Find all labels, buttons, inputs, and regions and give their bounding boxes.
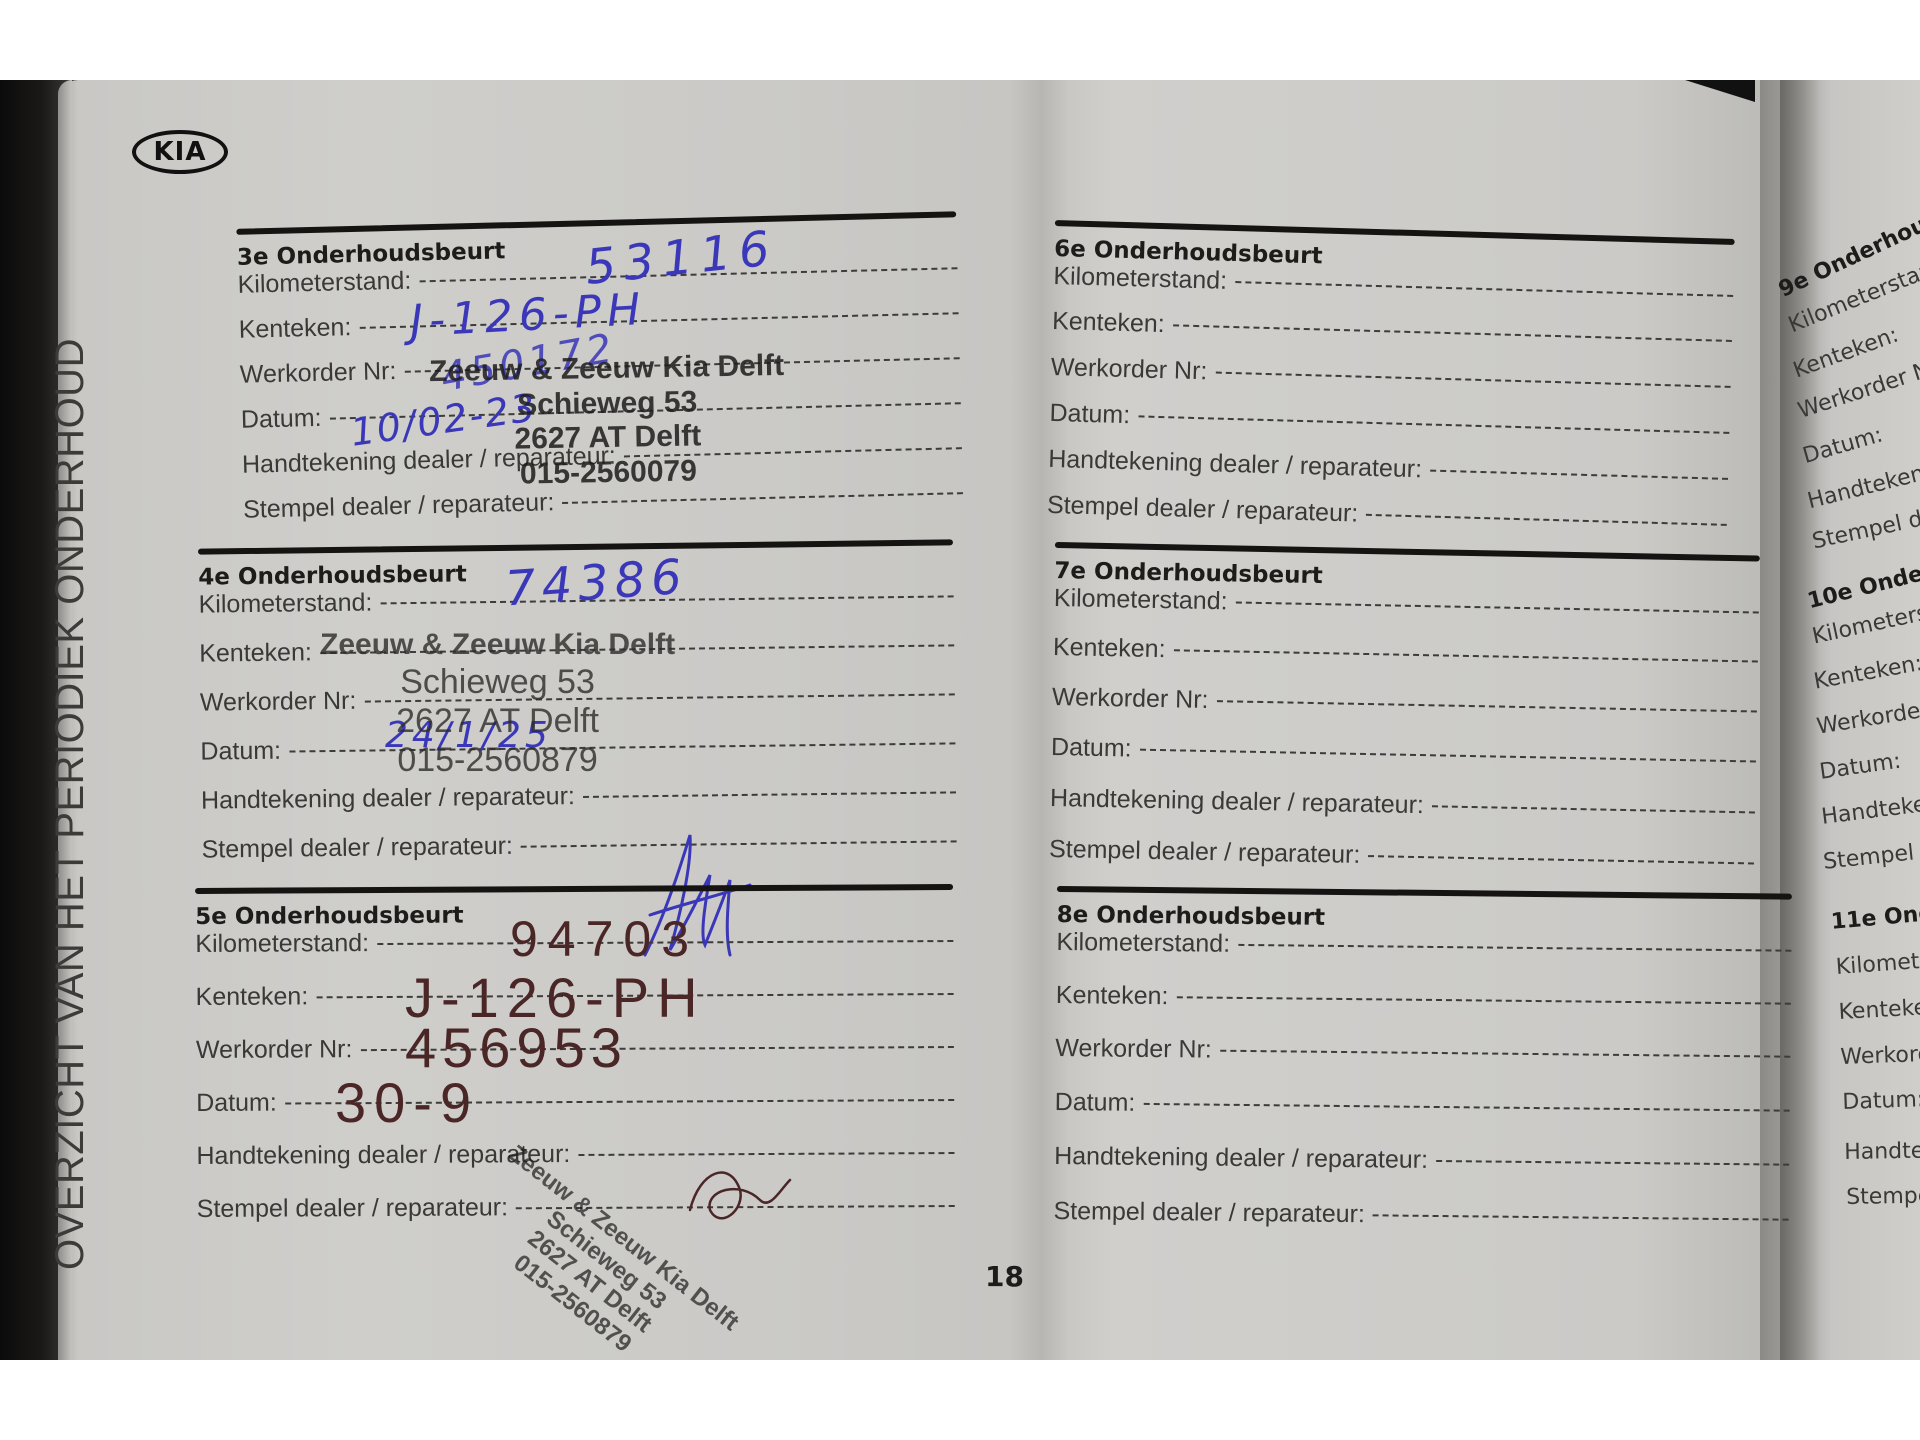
work-order-label: Werkorder Nr:	[196, 1035, 353, 1065]
stamp-line	[1366, 514, 1727, 526]
section-8: 8e Onderhoudsbeurt Kilometerstand: Kente…	[1053, 886, 1792, 1260]
dealer-stamp: Zeeuw & Zeeuw Kia Delft Schieweg 53 2627…	[429, 349, 786, 493]
work-order-field[interactable]: Werkorder Nr:	[1055, 1034, 1791, 1096]
next-page-label: Stempel deale	[1846, 1182, 1920, 1210]
km-field[interactable]: Kilometerstand:	[1056, 928, 1792, 989]
stamp-field[interactable]: Stempel dealer / reparateur:	[1053, 1197, 1789, 1260]
date-line	[1140, 749, 1756, 763]
stamp-label: Stempel dealer / reparateur:	[1049, 835, 1361, 870]
plate-label: Kenteken:	[1053, 633, 1166, 664]
km-line	[1238, 944, 1791, 952]
dealer-stamp: Zeeuw & Zeeuw Kia Delft Schieweg 53 2627…	[320, 628, 675, 780]
next-page-label: Werkorder Nr:	[1840, 1040, 1920, 1070]
stamp-line-name: Zeeuw & Zeeuw Kia Delft	[429, 349, 785, 390]
next-page-label: Kenteken:	[1838, 994, 1920, 1025]
km-line	[1235, 281, 1733, 297]
plate-label: Kenteken:	[199, 638, 312, 668]
plate-label: Kenteken:	[1056, 981, 1169, 1011]
side-title: OVERZICHT VAN HET PERIODIEK ONDERHOUD	[48, 338, 93, 1270]
date-label: Datum:	[1055, 1088, 1136, 1118]
km-label: Kilometerstand:	[1056, 928, 1230, 959]
section-7: 7e Onderhoudsbeurt Kilometerstand: Kente…	[1048, 542, 1759, 899]
stamp-line-name: Zeeuw & Zeeuw Kia Delft	[320, 628, 675, 663]
kia-logo-text: KIA	[154, 137, 207, 167]
signature-field[interactable]: Handtekening dealer / reparateur:	[1054, 1142, 1790, 1205]
stamp-label: Stempel dealer / reparateur:	[201, 832, 513, 865]
km-line	[1236, 601, 1759, 613]
stamp-label: Stempel dealer / reparateur:	[243, 488, 555, 525]
signature-label: Handtekening dealer / reparateur:	[1050, 784, 1424, 820]
stamp-line-city: 2627 AT Delft	[320, 702, 675, 741]
plate-label: Kenteken:	[238, 313, 351, 345]
stamp-line-street: Schieweg 53	[320, 663, 675, 702]
date-label: Datum:	[241, 404, 322, 435]
km-label: Kilometerstand:	[237, 267, 411, 300]
signature-line	[583, 791, 956, 798]
stamp-line-phone: 015-2560079	[431, 452, 787, 493]
page-number: 18	[985, 1260, 1024, 1293]
handwritten-km: 94703	[510, 910, 699, 968]
maintenance-booklet-photo: KIA OVERZICHT VAN HET PERIODIEK ONDERHOU…	[0, 80, 1920, 1360]
work-order-label: Werkorder Nr:	[1050, 353, 1207, 386]
date-line	[1138, 415, 1729, 434]
signature-label: Handtekening dealer / reparateur:	[201, 782, 575, 816]
date-label: Datum:	[1051, 733, 1132, 764]
plate-line	[1173, 324, 1732, 342]
km-label: Kilometerstand:	[195, 929, 369, 959]
date-field[interactable]: Datum:	[196, 1085, 954, 1142]
km-label: Kilometerstand:	[1054, 584, 1228, 616]
stamp-line-phone: 015-2560879	[320, 741, 675, 780]
signature-line	[1430, 470, 1728, 480]
plate-label: Kenteken:	[196, 982, 309, 1012]
signature-line	[1432, 805, 1755, 813]
stamp-line	[1373, 1214, 1789, 1220]
dealer-signature	[680, 1150, 800, 1240]
date-field[interactable]: Datum:	[1054, 1088, 1790, 1150]
stamp-line	[562, 492, 963, 504]
km-label: Kilometerstand:	[1053, 262, 1227, 296]
next-page-label: Datum:	[1842, 1087, 1920, 1115]
plate-line	[1176, 996, 1790, 1004]
plate-line	[1174, 649, 1758, 662]
date-label: Datum:	[196, 1089, 277, 1118]
work-order-line	[1220, 1050, 1790, 1058]
date-line	[1143, 1103, 1789, 1112]
work-order-line	[1215, 372, 1730, 388]
date-label: Datum:	[200, 737, 281, 767]
km-label: Kilometerstand:	[198, 588, 372, 619]
stamp-label: Stempel dealer / reparateur:	[1053, 1197, 1365, 1229]
date-label: Datum:	[1049, 399, 1130, 430]
signature-line	[1436, 1160, 1789, 1166]
work-order-label: Werkorder Nr:	[240, 357, 397, 390]
section-6: 6e Onderhoudsbeurt Kilometerstand: Kente…	[1046, 220, 1735, 556]
stamp-field[interactable]: Stempel dealer / reparateur:	[201, 826, 957, 884]
handwritten-date: 30-9	[335, 1070, 479, 1135]
kia-logo: KIA	[132, 130, 228, 174]
stamp-line	[1368, 855, 1754, 864]
plate-label: Kenteken:	[1052, 307, 1165, 339]
work-order-label: Werkorder Nr:	[1052, 683, 1209, 715]
signature-label: Handtekening dealer / reparateur:	[1054, 1142, 1428, 1175]
work-order-label: Werkorder Nr:	[1055, 1034, 1212, 1065]
plate-field[interactable]: Kenteken:	[1055, 981, 1791, 1042]
work-order-line	[1216, 700, 1756, 712]
next-page-label: Handtekening	[1844, 1137, 1920, 1165]
